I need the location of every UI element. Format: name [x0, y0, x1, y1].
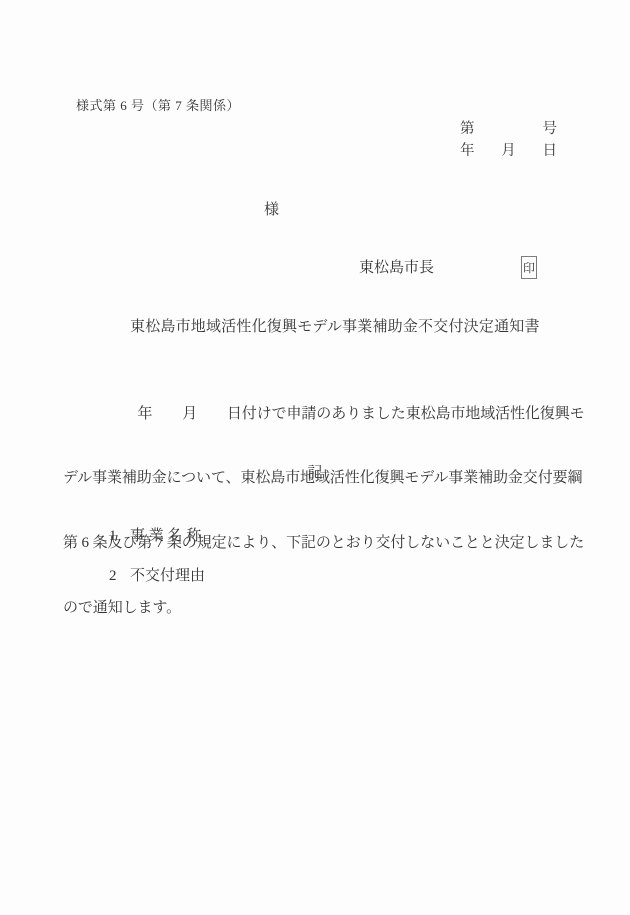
item-label: 事 業 名 称 — [130, 528, 201, 544]
recipient-honorific: 様 — [264, 200, 279, 222]
seal-stamp-box: 印 — [521, 256, 537, 279]
document-number-line: 第 号 — [460, 117, 557, 139]
list-item-nongrant-reason: 2不交付理由 — [94, 544, 205, 609]
form-number: 様式第 6 号（第 7 条関係） — [76, 97, 240, 116]
document-number-suffix: 号 — [543, 117, 558, 139]
document-page: 様式第 6 号（第 7 条関係） 第 号 年 月 日 様 東松島市長 印 東松島… — [0, 0, 630, 915]
item-number: 2 — [109, 566, 130, 588]
record-marker: 記 — [0, 463, 630, 485]
date-year-label: 年 — [460, 139, 475, 161]
body-line: 年 月 日付けで申請のありました東松島市地域活性化復興モ — [63, 404, 585, 425]
document-number-prefix: 第 — [460, 117, 475, 139]
number-date-block: 第 号 年 月 日 — [460, 117, 557, 160]
sender-title: 東松島市長 — [359, 258, 434, 280]
item-label: 不交付理由 — [130, 568, 205, 584]
seal-label: 印 — [523, 259, 535, 276]
document-title: 東松島市地域活性化復興モデル事業補助金不交付決定通知書 — [130, 317, 540, 339]
date-month-label: 月 — [501, 139, 516, 161]
date-line: 年 月 日 — [460, 139, 557, 161]
date-day-label: 日 — [543, 139, 558, 161]
